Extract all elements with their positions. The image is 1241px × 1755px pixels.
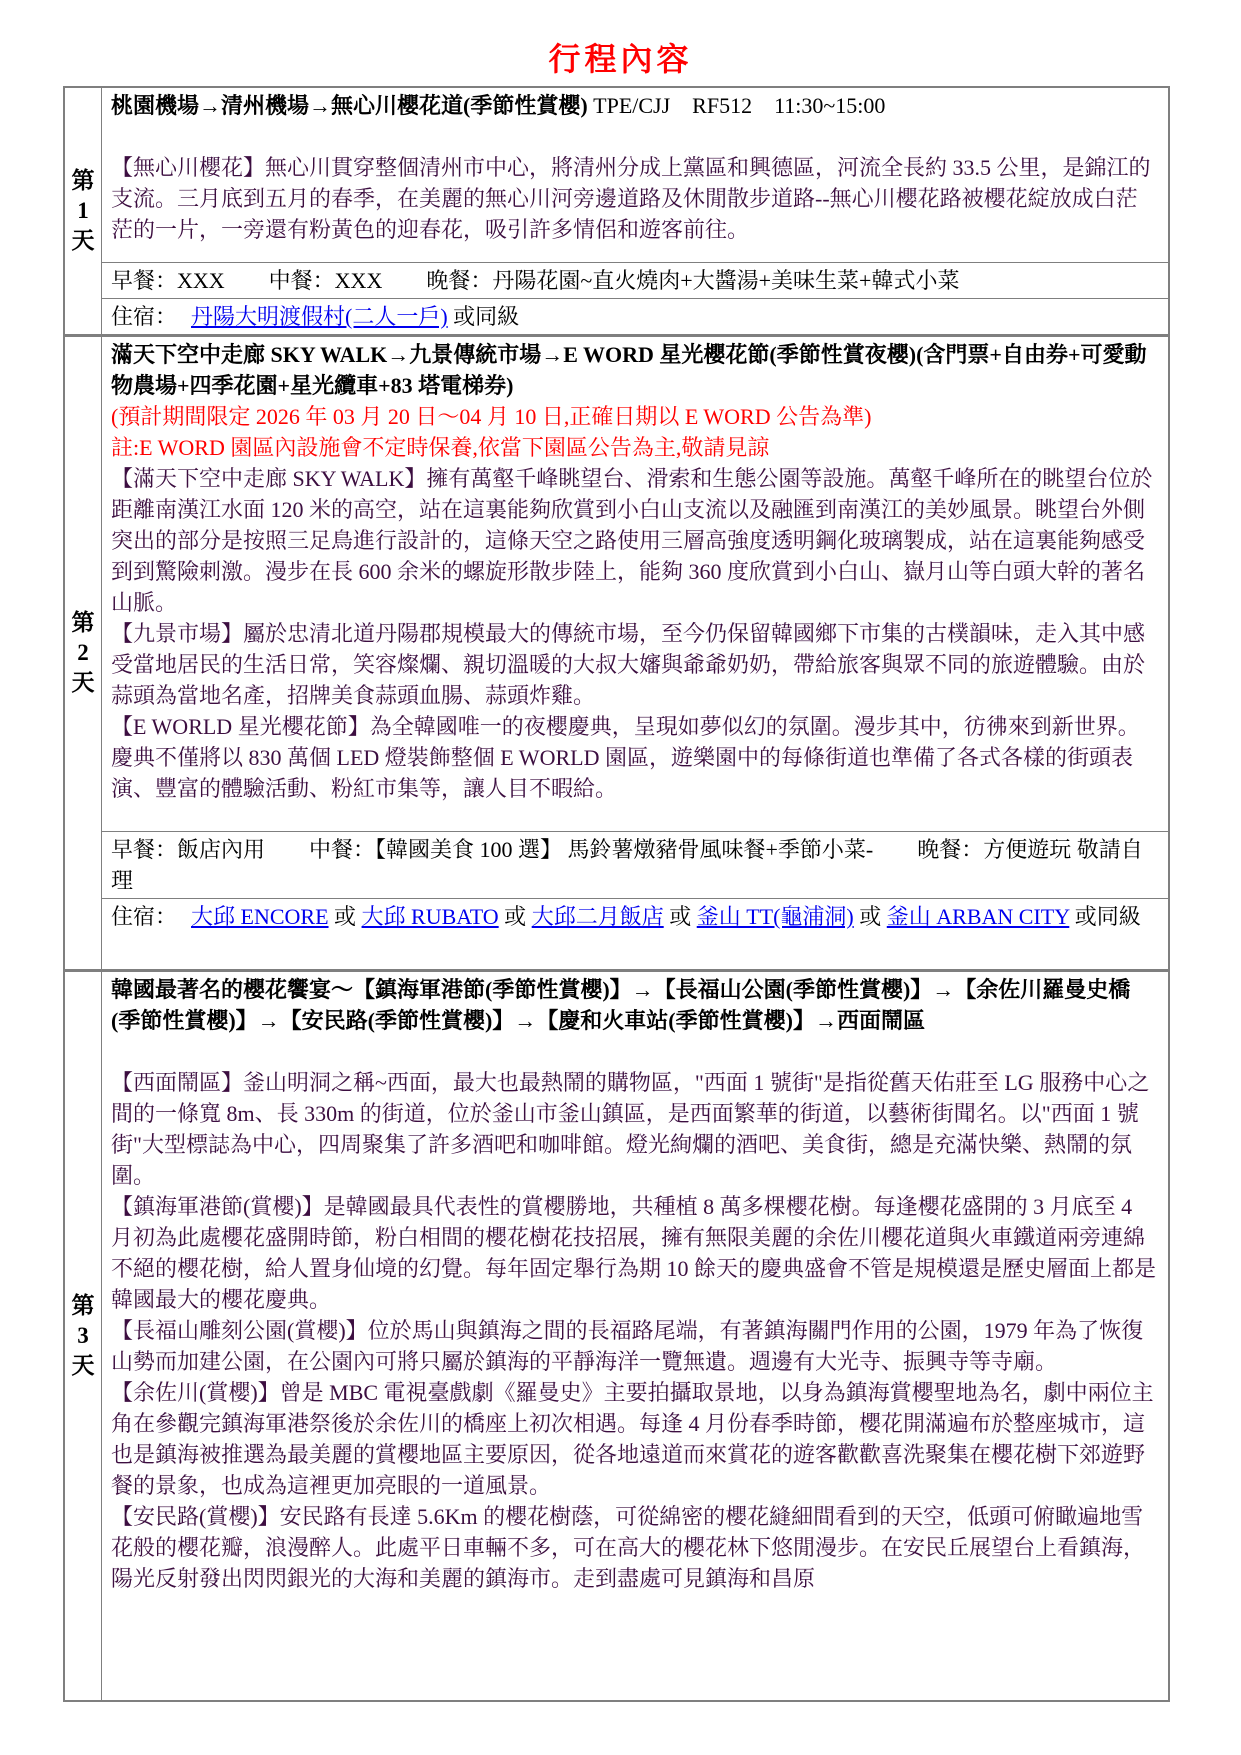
day-label-line: 第	[67, 166, 99, 196]
hotel-link[interactable]: 釜山 TT(龜浦洞)	[697, 904, 854, 929]
hotel-link[interactable]: 釜山 ARBAN CITY	[887, 904, 1070, 929]
day2-accommodation-cell: 住宿：大邱 ENCORE 或 大邱 RUBATO 或 大邱二月飯店 或 釜山 T…	[102, 899, 1170, 971]
day2-paragraph-1: 【滿天下空中走廊 SKY WALK】擁有萬壑千峰眺望台、滑索和生態公園等設施。萬…	[111, 463, 1159, 618]
day2-paragraph-3: 【E WORLD 星光櫻花節】為全韓國唯一的夜櫻慶典，呈現如夢似幻的氛圍。漫步其…	[111, 711, 1159, 804]
day-label-line: 第	[67, 608, 99, 638]
or-label: 或	[664, 904, 697, 929]
day3-paragraph-1: 【西面鬧區】釜山明洞之稱~西面，最大也最熱鬧的購物區，"西面 1 號街"是指從舊…	[111, 1067, 1159, 1191]
day1-meals-row: 早餐：XXX 中餐：XXX 晚餐：丹陽花園~直火燒肉+大醬湯+美味生菜+韓式小菜	[64, 263, 1169, 299]
hotel-link[interactable]: 大邱二月飯店	[532, 904, 664, 929]
day-label-line: 第	[67, 1291, 99, 1321]
hotel-links: 丹陽大明渡假村(二人一戶) 或同級	[191, 304, 519, 329]
day3-paragraph-3: 【長福山雕刻公園(賞櫻)】位於馬山與鎮海之間的長福路尾端，有著鎮海關門作用的公園…	[111, 1315, 1159, 1377]
blank-line	[111, 1036, 1159, 1067]
day2-red-note-1: (預計期間限定 2026 年 03 月 20 日～04 月 10 日,正確日期以…	[111, 401, 1159, 432]
day3-content-cell: 韓國最著名的櫻花饗宴～【鎮海軍港節(季節性賞櫻)】→【長福山公園(季節性賞櫻)】…	[102, 971, 1170, 1702]
day-label-line: 2	[67, 638, 99, 668]
or-equivalent-label: 或同級	[448, 304, 520, 329]
day1-label: 第 1 天	[64, 87, 102, 336]
day3-paragraph-4: 【余佐川(賞櫻)】曾是 MBC 電視臺戲劇《羅曼史》主要拍攝取景地，以身為鎮海賞…	[111, 1377, 1159, 1501]
or-label: 或	[854, 904, 887, 929]
accommodation-label: 住宿：	[111, 304, 177, 329]
day3-label: 第 3 天	[64, 971, 102, 1702]
day1-paragraph-1: 【無心川櫻花】無心川貫穿整個清州市中心，將清州分成上黨區和興德區，河流全長約 3…	[111, 152, 1159, 245]
day2-label: 第 2 天	[64, 336, 102, 971]
day1-meals-cell: 早餐：XXX 中餐：XXX 晚餐：丹陽花園~直火燒肉+大醬湯+美味生菜+韓式小菜	[102, 263, 1170, 299]
hotel-links: 大邱 ENCORE 或 大邱 RUBATO 或 大邱二月飯店 或 釜山 TT(龜…	[191, 904, 1141, 929]
day-label-line: 天	[67, 1351, 99, 1381]
day2-header: 滿天下空中走廊 SKY WALK→九景傳統市場→E WORD 星光櫻花節(季節性…	[111, 339, 1159, 401]
day2-red-note-2: 註:E WORD 園區內設施會不定時保養,依當下園區公告為主,敬請見諒	[111, 432, 1159, 463]
day2-content-cell: 滿天下空中走廊 SKY WALK→九景傳統市場→E WORD 星光櫻花節(季節性…	[102, 336, 1170, 832]
or-equivalent-label: 或同級	[1069, 904, 1141, 929]
day1-accommodation-cell: 住宿：丹陽大明渡假村(二人一戶) 或同級	[102, 299, 1170, 336]
day-label-line: 1	[67, 196, 99, 226]
day1-row: 第 1 天 桃園機場→清州機場→無心川櫻花道(季節性賞櫻) TPE/CJJ RF…	[64, 87, 1169, 263]
day3-paragraph-5: 【安民路(賞櫻)】安民路有長達 5.6Km 的櫻花樹蔭，可從綿密的櫻花縫細間看到…	[111, 1501, 1159, 1594]
day-label-line: 天	[67, 226, 99, 256]
day3-header: 韓國最著名的櫻花饗宴～【鎮海軍港節(季節性賞櫻)】→【長福山公園(季節性賞櫻)】…	[111, 974, 1159, 1036]
accommodation-label: 住宿：	[111, 904, 177, 929]
day-label-line: 3	[67, 1321, 99, 1351]
day3-row: 第 3 天 韓國最著名的櫻花饗宴～【鎮海軍港節(季節性賞櫻)】→【長福山公園(季…	[64, 971, 1169, 1702]
itinerary-table: 第 1 天 桃園機場→清州機場→無心川櫻花道(季節性賞櫻) TPE/CJJ RF…	[63, 86, 1170, 1702]
day-label-line: 天	[67, 668, 99, 698]
hotel-link[interactable]: 大邱 RUBATO	[362, 904, 499, 929]
page-title: 行程內容	[0, 34, 1241, 80]
day2-meals-text: 早餐：飯店內用 中餐：【韓國美食 100 選】 馬鈴薯燉豬骨風味餐+季節小菜- …	[111, 834, 1159, 896]
day2-accommodation-row: 住宿：大邱 ENCORE 或 大邱 RUBATO 或 大邱二月飯店 或 釜山 T…	[64, 899, 1169, 971]
flight-info: TPE/CJJ RF512 11:30~15:00	[593, 93, 885, 118]
or-label: 或	[329, 904, 362, 929]
hotel-link[interactable]: 丹陽大明渡假村(二人一戶)	[191, 304, 448, 329]
day2-row: 第 2 天 滿天下空中走廊 SKY WALK→九景傳統市場→E WORD 星光櫻…	[64, 336, 1169, 832]
day2-meals-cell: 早餐：飯店內用 中餐：【韓國美食 100 選】 馬鈴薯燉豬骨風味餐+季節小菜- …	[102, 832, 1170, 899]
blank-line	[111, 121, 1159, 152]
day1-accommodation-row: 住宿：丹陽大明渡假村(二人一戶) 或同級	[64, 299, 1169, 336]
day1-meals-text: 早餐：XXX 中餐：XXX 晚餐：丹陽花園~直火燒肉+大醬湯+美味生菜+韓式小菜	[111, 265, 1159, 296]
day2-meals-row: 早餐：飯店內用 中餐：【韓國美食 100 選】 馬鈴薯燉豬骨風味餐+季節小菜- …	[64, 832, 1169, 899]
day2-paragraph-2: 【九景市場】屬於忠清北道丹陽郡規模最大的傳統市場，至今仍保留韓國鄉下市集的古樸韻…	[111, 618, 1159, 711]
hotel-link[interactable]: 大邱 ENCORE	[191, 904, 329, 929]
day1-content-cell: 桃園機場→清州機場→無心川櫻花道(季節性賞櫻) TPE/CJJ RF512 11…	[102, 87, 1170, 263]
day3-paragraph-2: 【鎮海軍港節(賞櫻)】是韓國最具代表性的賞櫻勝地，共種植 8 萬多棵櫻花樹。每逢…	[111, 1191, 1159, 1315]
day1-header: 桃園機場→清州機場→無心川櫻花道(季節性賞櫻) TPE/CJJ RF512 11…	[111, 90, 1159, 121]
or-label: 或	[499, 904, 532, 929]
